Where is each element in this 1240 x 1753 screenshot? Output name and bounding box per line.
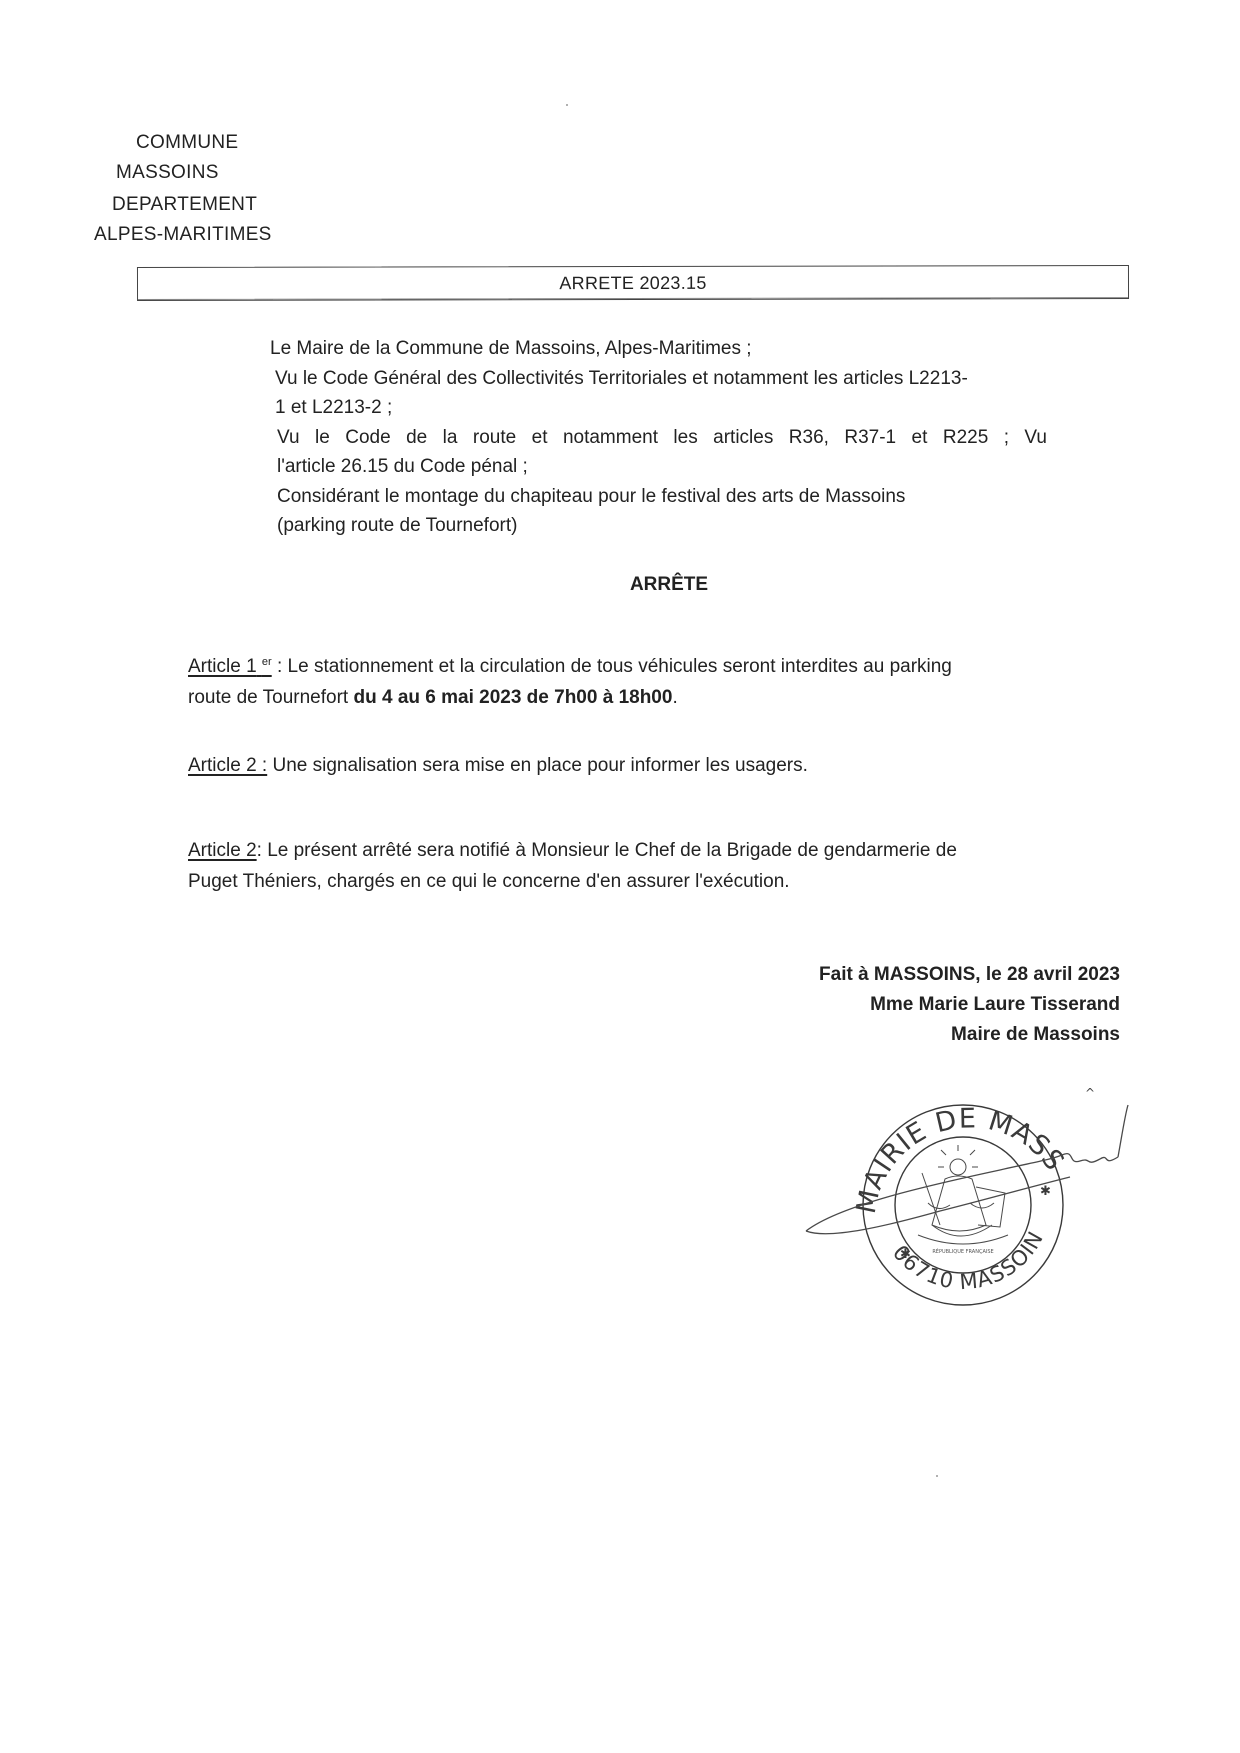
header-departement: DEPARTEMENT — [112, 194, 257, 216]
preamble-word: Vu — [1024, 423, 1047, 453]
article-1: Article 1 er : Le stationnement et la ci… — [188, 647, 1128, 713]
signature-place-date: Fait à MASSOINS, le 28 avril 2023 — [819, 960, 1120, 990]
svg-text:06710 MASSOINS: 06710 MASSOINS — [800, 1075, 1048, 1294]
article-text: Le stationnement et la circulation de to… — [288, 656, 952, 677]
preamble-word: route — [473, 423, 516, 453]
preamble-word: de — [406, 423, 427, 453]
preamble-word: Code — [345, 423, 390, 453]
preamble-line: l'article 26.15 du Code pénal ; — [270, 452, 1120, 482]
preamble-line: VuleCodedelarouteetnotammentlesarticlesR… — [270, 423, 1047, 453]
preamble-word: notamment — [563, 423, 658, 453]
scan-artifact — [566, 104, 568, 106]
article-text: Le présent arrêté sera notifié à Monsieu… — [262, 840, 957, 861]
signature-role: Maire de Massoins — [819, 1020, 1120, 1050]
preamble-word: Vu — [277, 423, 300, 453]
preamble-line: Le Maire de la Commune de Massoins, Alpe… — [270, 334, 1120, 364]
preamble-word: les — [673, 423, 697, 453]
svg-text:^: ^ — [1085, 1086, 1095, 1100]
article-label: Article 1 er — [188, 656, 272, 677]
preamble: Le Maire de la Commune de Massoins, Alpe… — [270, 334, 1120, 541]
decision-heading: ARRÊTE — [0, 574, 1240, 596]
preamble-line: Considérant le montage du chapiteau pour… — [270, 482, 1120, 512]
mairie-stamp-icon: MAIRIE DE MASSOINS 06710 MASSOINS ✱ ✱ RÉ… — [800, 1075, 1140, 1315]
preamble-word: R36, — [789, 423, 829, 453]
preamble-word: et — [532, 423, 548, 453]
document-page: COMMUNE MASSOINS DEPARTEMENT ALPES-MARIT… — [0, 0, 1240, 1753]
header-departement-name: ALPES-MARITIMES — [94, 224, 272, 246]
svg-text:RÉPUBLIQUE FRANÇAISE: RÉPUBLIQUE FRANÇAISE — [932, 1247, 993, 1255]
svg-text:✱: ✱ — [1040, 1184, 1051, 1199]
preamble-word: R37-1 — [844, 423, 896, 453]
preamble-word: ; — [1004, 423, 1009, 453]
preamble-line: Vu le Code Général des Collectivités Ter… — [270, 364, 1120, 394]
arrete-title-box: ARRETE 2023.15 — [137, 265, 1129, 301]
article-text: Puget Théniers, chargés en ce qui le con… — [188, 866, 1128, 897]
preamble-word: et — [912, 423, 928, 453]
preamble-word: la — [443, 423, 458, 453]
preamble-line: 1 et L2213-2 ; — [270, 393, 1120, 423]
article-text: Une signalisation sera mise en place pou… — [267, 755, 808, 776]
header-commune-name: MASSOINS — [116, 162, 219, 184]
article-date-range: du 4 au 6 mai 2023 de 7h00 à 18h00 — [353, 687, 672, 708]
signature-block: Fait à MASSOINS, le 28 avril 2023 Mme Ma… — [819, 960, 1120, 1050]
header-commune: COMMUNE — [136, 132, 238, 154]
article-2: Article 2 : Une signalisation sera mise … — [188, 750, 1128, 781]
signature-name: Mme Marie Laure Tisserand — [819, 990, 1120, 1020]
preamble-word: R225 — [943, 423, 988, 453]
article-label: Article 2 : — [188, 755, 267, 776]
arrete-number: ARRETE 2023.15 — [138, 272, 1128, 295]
scan-artifact — [936, 1475, 938, 1477]
preamble-word: le — [315, 423, 330, 453]
preamble-word: articles — [713, 423, 773, 453]
article-3: Article 2: Le présent arrêté sera notifi… — [188, 835, 1128, 897]
article-label: Article 2 — [188, 840, 257, 861]
svg-text:✱: ✱ — [900, 1247, 911, 1262]
preamble-line: (parking route de Tournefort) — [270, 511, 1120, 541]
